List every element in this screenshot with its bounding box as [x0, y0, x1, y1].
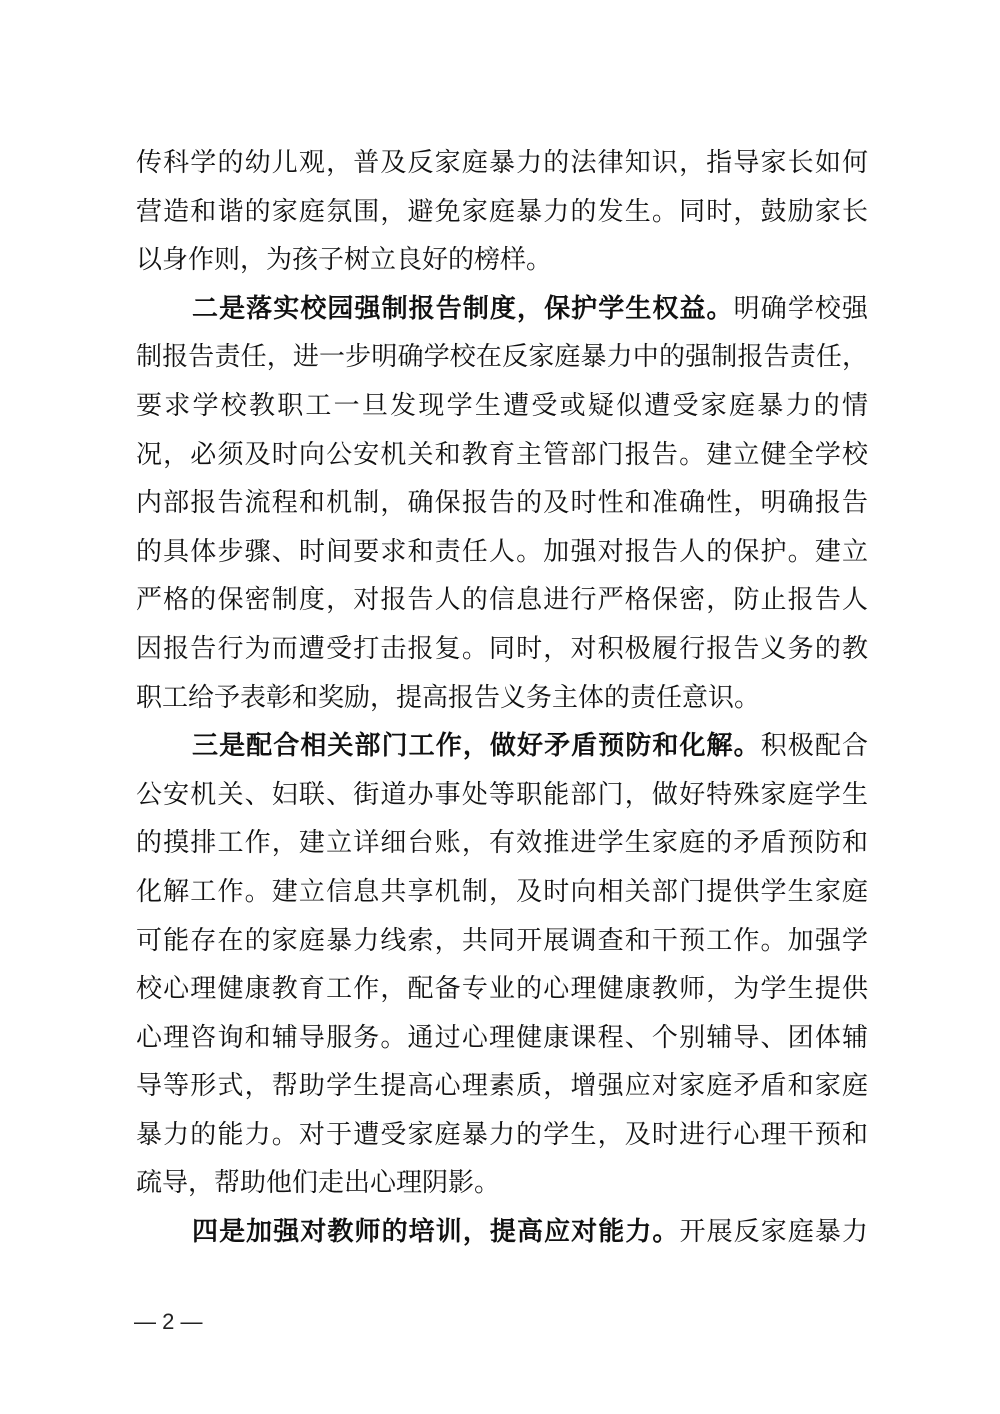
- text-line: 要求学校教职工一旦发现学生遭受或疑似遭受家庭暴力的情: [136, 382, 868, 431]
- document-page: 传科学的幼儿观，普及反家庭暴力的法律知识，指导家长如何 营造和谐的家庭氛围，避免…: [0, 0, 1000, 1414]
- text-line: 制报告责任，进一步明确学校在反家庭暴力中的强制报告责任，: [136, 333, 868, 382]
- paragraph-first-line: 四是加强对教师的培训，提高应对能力。开展反家庭暴力: [136, 1208, 868, 1257]
- text-line: 公安机关、妇联、街道办事处等职能部门，做好特殊家庭学生: [136, 771, 868, 820]
- text-line: 严格的保密制度，对报告人的信息进行严格保密，防止报告人: [136, 576, 868, 625]
- text-line: 的摸排工作，建立详细台账，有效推进学生家庭的矛盾预防和: [136, 819, 868, 868]
- text-line: 传科学的幼儿观，普及反家庭暴力的法律知识，指导家长如何: [136, 139, 868, 188]
- text-line: 疏导，帮助他们走出心理阴影。: [136, 1159, 868, 1208]
- text-line: 化解工作。建立信息共享机制，及时向相关部门提供学生家庭: [136, 868, 868, 917]
- section-heading: 四是加强对教师的培训，提高应对能力。: [192, 1217, 679, 1247]
- section-heading: 三是配合相关部门工作，做好矛盾预防和化解。: [192, 731, 761, 761]
- text-line: 心理咨询和辅导服务。通过心理健康课程、个别辅导、团体辅: [136, 1014, 868, 1063]
- text-line: 内部报告流程和机制，确保报告的及时性和准确性，明确报告: [136, 479, 868, 528]
- text-line: 职工给予表彰和奖励，提高报告义务主体的责任意识。: [136, 674, 868, 723]
- text-line: 的具体步骤、时间要求和责任人。加强对报告人的保护。建立: [136, 528, 868, 577]
- text-line: 校心理健康教育工作，配备专业的心理健康教师，为学生提供: [136, 965, 868, 1014]
- paragraph-first-line: 三是配合相关部门工作，做好矛盾预防和化解。积极配合: [136, 722, 868, 771]
- text-line: 可能存在的家庭暴力线索，共同开展调查和干预工作。加强学: [136, 917, 868, 966]
- text-run: 积极配合: [761, 731, 868, 761]
- text-line: 以身作则，为孩子树立良好的榜样。: [136, 236, 868, 285]
- paragraph-first-line: 二是落实校园强制报告制度，保护学生权益。明确学校强: [136, 285, 868, 334]
- text-line: 导等形式，帮助学生提高心理素质，增强应对家庭矛盾和家庭: [136, 1062, 868, 1111]
- text-line: 营造和谐的家庭氛围，避免家庭暴力的发生。同时，鼓励家长: [136, 188, 868, 237]
- text-line: 因报告行为而遭受打击报复。同时，对积极履行报告义务的教: [136, 625, 868, 674]
- document-body: 传科学的幼儿观，普及反家庭暴力的法律知识，指导家长如何 营造和谐的家庭氛围，避免…: [136, 139, 868, 1257]
- text-line: 况，必须及时向公安机关和教育主管部门报告。建立健全学校: [136, 431, 868, 480]
- page-number: — 2 —: [134, 1309, 202, 1335]
- text-line: 暴力的能力。对于遭受家庭暴力的学生，及时进行心理干预和: [136, 1111, 868, 1160]
- text-run: 明确学校强: [734, 294, 868, 324]
- text-run: 开展反家庭暴力: [679, 1217, 868, 1247]
- section-heading: 二是落实校园强制报告制度，保护学生权益。: [192, 294, 734, 324]
